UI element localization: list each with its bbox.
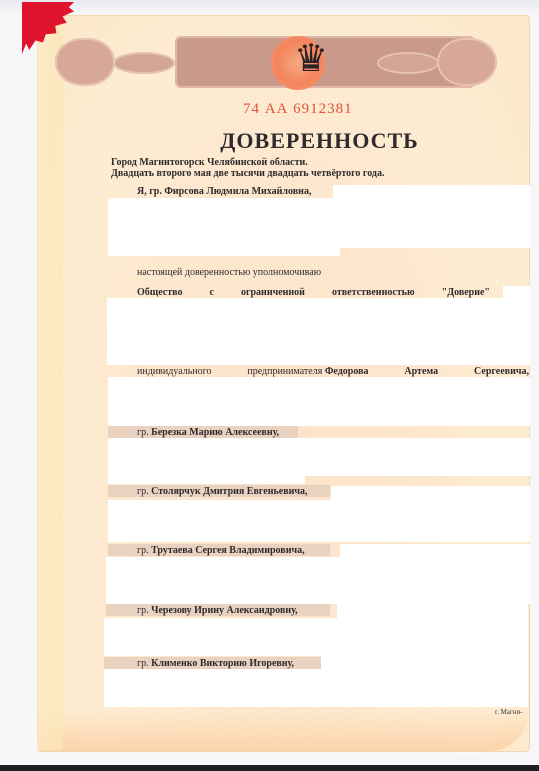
redaction-box [503, 286, 530, 298]
rep-name: Трутаева Сергея Владимировича, [151, 545, 304, 556]
rep-name: Клименко Викторию Игоревну, [151, 658, 294, 669]
redaction-box [108, 377, 530, 426]
redaction-box [104, 669, 528, 707]
rep-name: Черезову Ирину Александровну, [151, 605, 298, 616]
ornament-band: ♛ [55, 32, 505, 92]
representative-4: гр. Черезову Ирину Александровну, [137, 605, 298, 616]
principal-prefix: Я, гр. [137, 186, 162, 197]
org-word: ответственностью [332, 287, 415, 298]
org-word: с [209, 287, 213, 298]
paper-left-ornament [37, 15, 63, 750]
redaction-box [106, 557, 530, 604]
redaction-box [333, 185, 530, 198]
ornament-left-lens [113, 52, 175, 74]
redaction-box [107, 298, 530, 365]
principal-line: Я, гр. Фирсова Людмила Михайловна, [137, 186, 311, 197]
rep-prefix: гр. [137, 545, 149, 556]
organization-line: Общество с ограниченной ответственностью… [137, 287, 490, 298]
representative-1: гр. Березка Марию Алексеевну, [137, 427, 279, 438]
entrepreneur-word: предпринимателя [247, 366, 322, 377]
representative-3: гр. Трутаева Сергея Владимировича, [137, 545, 305, 556]
redaction-box [331, 486, 530, 500]
entrepreneur-patronymic: Сергеевича, [474, 366, 529, 377]
rep-prefix: гр. [137, 658, 149, 669]
rep-prefix: гр. [137, 486, 149, 497]
authorize-phrase: настоящей доверенностью уполномочиваю [137, 267, 321, 278]
org-word: Общество [137, 287, 182, 298]
continuation-text: г. Магни- [495, 708, 523, 716]
coat-of-arms-eagle-icon: ♛ [291, 34, 331, 84]
redaction-box [108, 500, 530, 542]
org-word: ограниченной [241, 287, 305, 298]
date-line: Двадцать второго мая две тысячи двадцать… [111, 168, 384, 179]
redaction-box [337, 604, 528, 618]
representative-2: гр. Столярчук Дмитрия Евгеньевича, [137, 486, 308, 497]
redaction-box [108, 248, 340, 256]
printer-imprint: · · · · · · · · · · · · · · · · · · · · … [447, 758, 483, 762]
ornament-right-rosette [437, 38, 497, 86]
entrepreneur-word: индивидуального [137, 366, 211, 377]
viewer-bottom-bar [0, 765, 539, 771]
redaction-box [104, 618, 528, 656]
document-title: ДОВЕРЕННОСТЬ [0, 128, 539, 154]
entrepreneur-word-group: предпринимателя Федорова [247, 366, 368, 377]
entrepreneur-line: индивидуального предпринимателя Федорова… [137, 366, 529, 377]
redaction-box [108, 476, 305, 484]
ornament-right-lens [377, 52, 439, 74]
entrepreneur-firstname: Артема [404, 366, 438, 377]
representative-5: гр. Клименко Викторию Игоревну, [137, 658, 294, 669]
principal-name: Фирсова Людмила Михайловна, [164, 186, 311, 197]
ornament-left-rosette [55, 38, 115, 86]
rep-prefix: гр. [137, 427, 149, 438]
place-line: Город Магнитогорск Челябинской области. [111, 157, 308, 168]
redaction-box [108, 438, 530, 476]
rep-name: Столярчук Дмитрия Евгеньевича, [151, 486, 307, 497]
redaction-box [108, 198, 530, 248]
org-name: "Доверие" [442, 287, 490, 298]
redaction-box [321, 655, 528, 669]
entrepreneur-surname: Федорова [325, 366, 369, 377]
rep-name: Березка Марию Алексеевну, [151, 427, 279, 438]
redaction-box [340, 544, 530, 557]
rep-prefix: гр. [137, 605, 149, 616]
serial-number: 74 АА 6912381 [243, 101, 353, 118]
